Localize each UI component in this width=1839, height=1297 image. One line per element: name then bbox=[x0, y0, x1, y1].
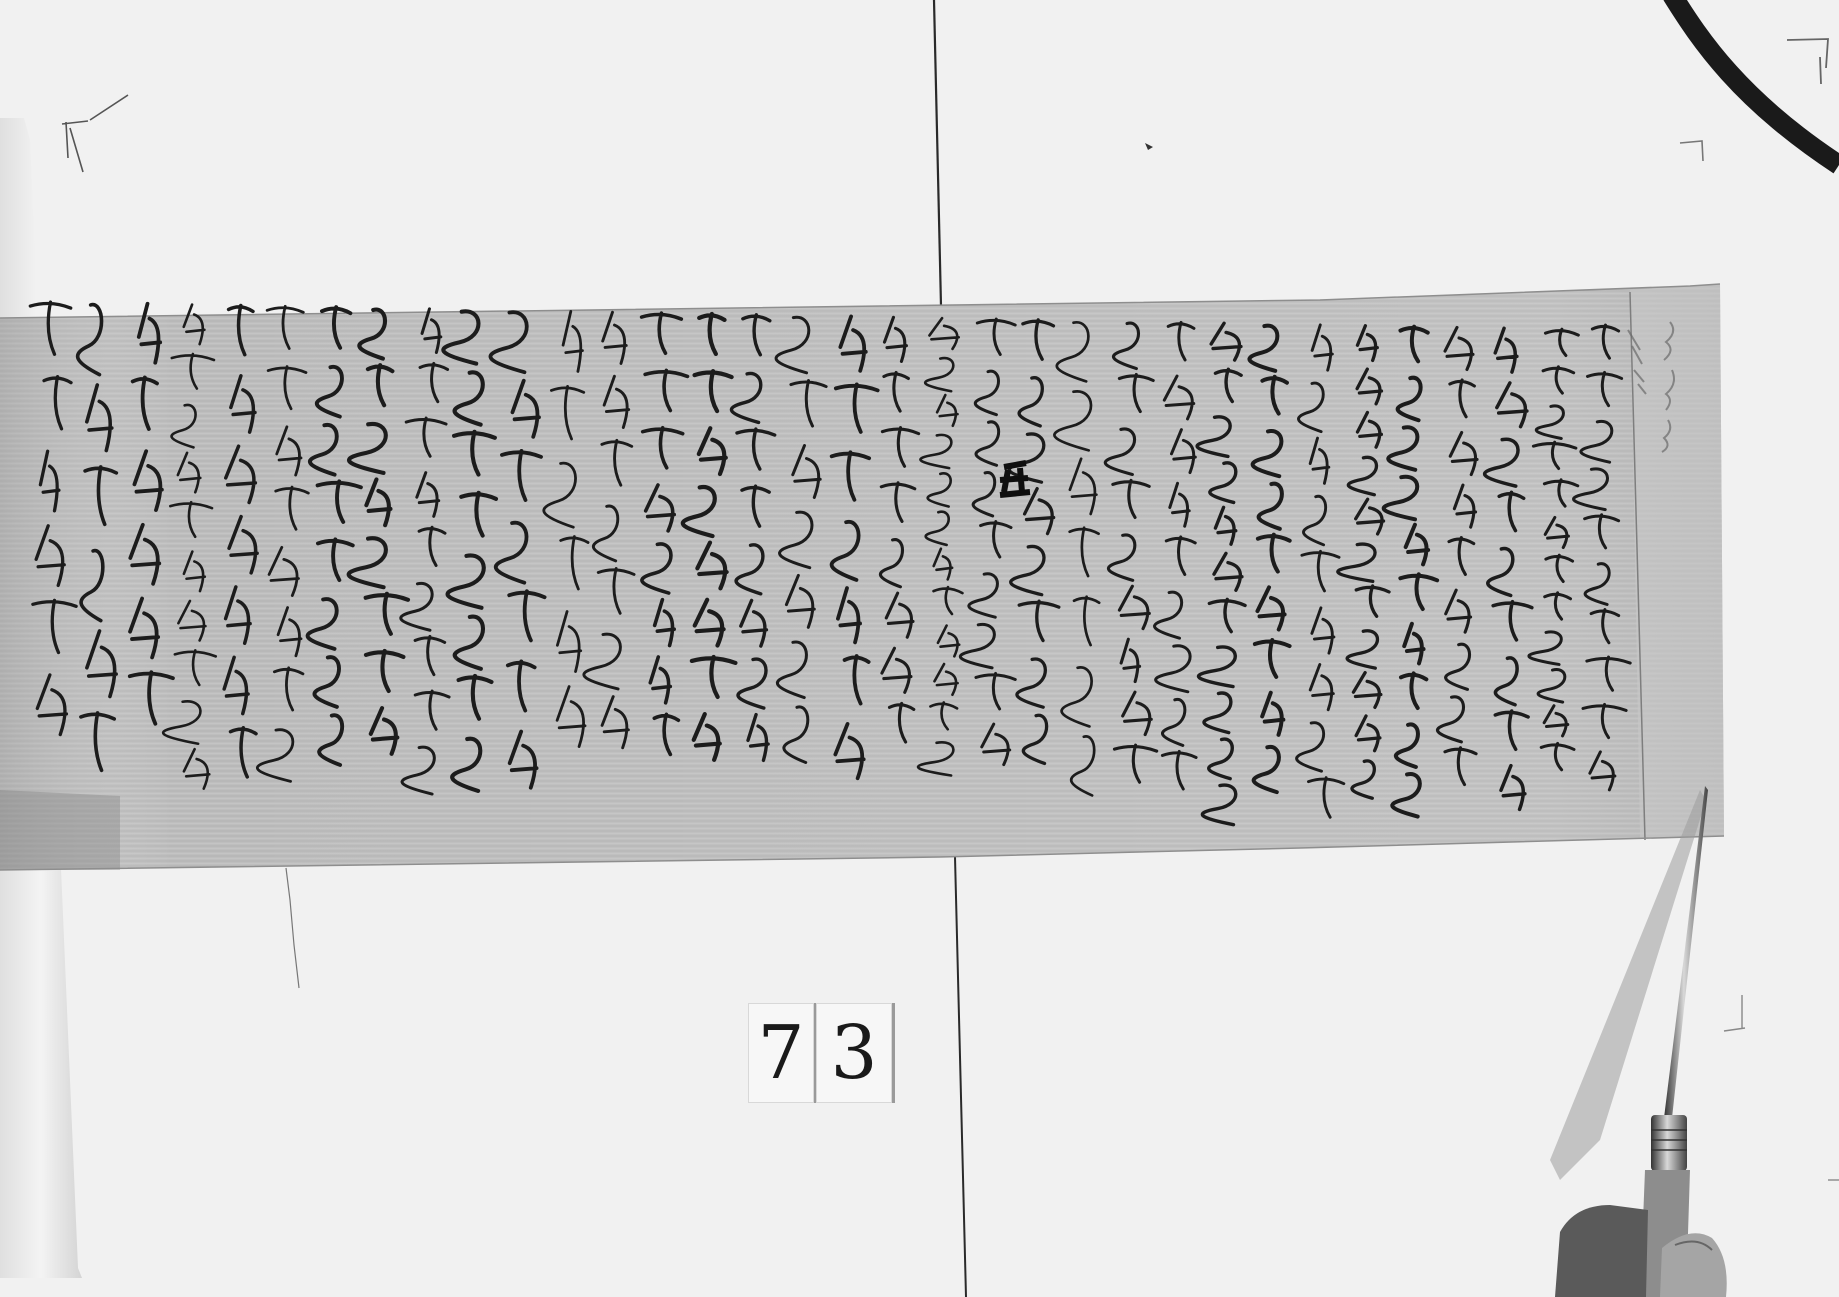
document-column-text: 十日書之諸作実 bbox=[1088, 321, 1089, 328]
awl-ferrule bbox=[1651, 1115, 1687, 1171]
plate-number-digit-3: 3 bbox=[816, 1003, 895, 1103]
document-column-text: へ不と相成申候相 bbox=[383, 308, 384, 316]
document-column-text: 相定所々ニ相済候也 bbox=[1464, 327, 1465, 336]
document-column-text: も気にて給ニ御之候 bbox=[430, 309, 431, 318]
document-column-text: ニ相成候共様之御承知 bbox=[1417, 327, 1418, 337]
document-column-text: 申は付て候之ニ承 bbox=[336, 307, 337, 315]
document-column-text: 相不ハ様ニ相免 bbox=[524, 311, 525, 318]
document-column-text: 之久相之出作 bbox=[571, 311, 572, 317]
document-column-text: 壱月五日ニ御出兵衛殿 bbox=[1605, 325, 1606, 335]
document-column-text: 御済し申所相成候 bbox=[759, 315, 760, 323]
document-column-text: ニて相渡り申し候とも御 bbox=[1229, 323, 1230, 334]
document-column-text: 相候而十日相済一日ニ相済 bbox=[947, 318, 948, 330]
document-column-text: 之相済候相成候 bbox=[618, 312, 619, 319]
document-column-text: ニ御願出候得共 bbox=[853, 316, 854, 323]
photo-scene bbox=[0, 0, 1839, 1297]
document-column-text: 御申ハ相済し申候 bbox=[900, 317, 901, 325]
document-column-text: 相御二人承申相成一同 bbox=[195, 305, 196, 315]
document-column-text: 相御相之方 bbox=[148, 304, 149, 309]
document-column-text: 相済候 bbox=[54, 302, 55, 305]
plate-number-digit-7: 7 bbox=[748, 1003, 817, 1103]
document-column-text: 相済申ハ御座候 bbox=[806, 316, 807, 323]
document-column-text: 申合ハ相済し申候間 bbox=[1135, 322, 1136, 331]
document-strip bbox=[0, 284, 1724, 870]
document-column-text: 所務新ニ候得共其後 bbox=[1511, 328, 1512, 337]
document-column-text: それ当年も当ニ江戸 bbox=[1323, 325, 1324, 334]
document-column-text: 御ゑ知候之方の回細候度 bbox=[1370, 326, 1371, 337]
document-column-text: 御相承さつ御方相 bbox=[289, 306, 290, 314]
document-column-text: 申不当て候上申候由 bbox=[1182, 322, 1183, 331]
document-column-text: も相之更其不名作 bbox=[477, 310, 478, 318]
document-column-text: ニ御座候十日之御ハ bbox=[994, 319, 995, 328]
document-column-text: 之相成候と申し申 bbox=[1041, 320, 1042, 328]
document-column-text: も仕被領来御座候ハ手去私 bbox=[1558, 329, 1559, 341]
document-column-text: 御座候 bbox=[101, 303, 102, 306]
document-column-text: 御申之御承知候由 bbox=[665, 313, 666, 321]
document-column-text: なし江相様申しさせ bbox=[1276, 324, 1277, 333]
document-column-text: 御座候御承知之趣 bbox=[712, 314, 713, 322]
document-column-text: 御候上承申相成 bbox=[242, 305, 243, 312]
